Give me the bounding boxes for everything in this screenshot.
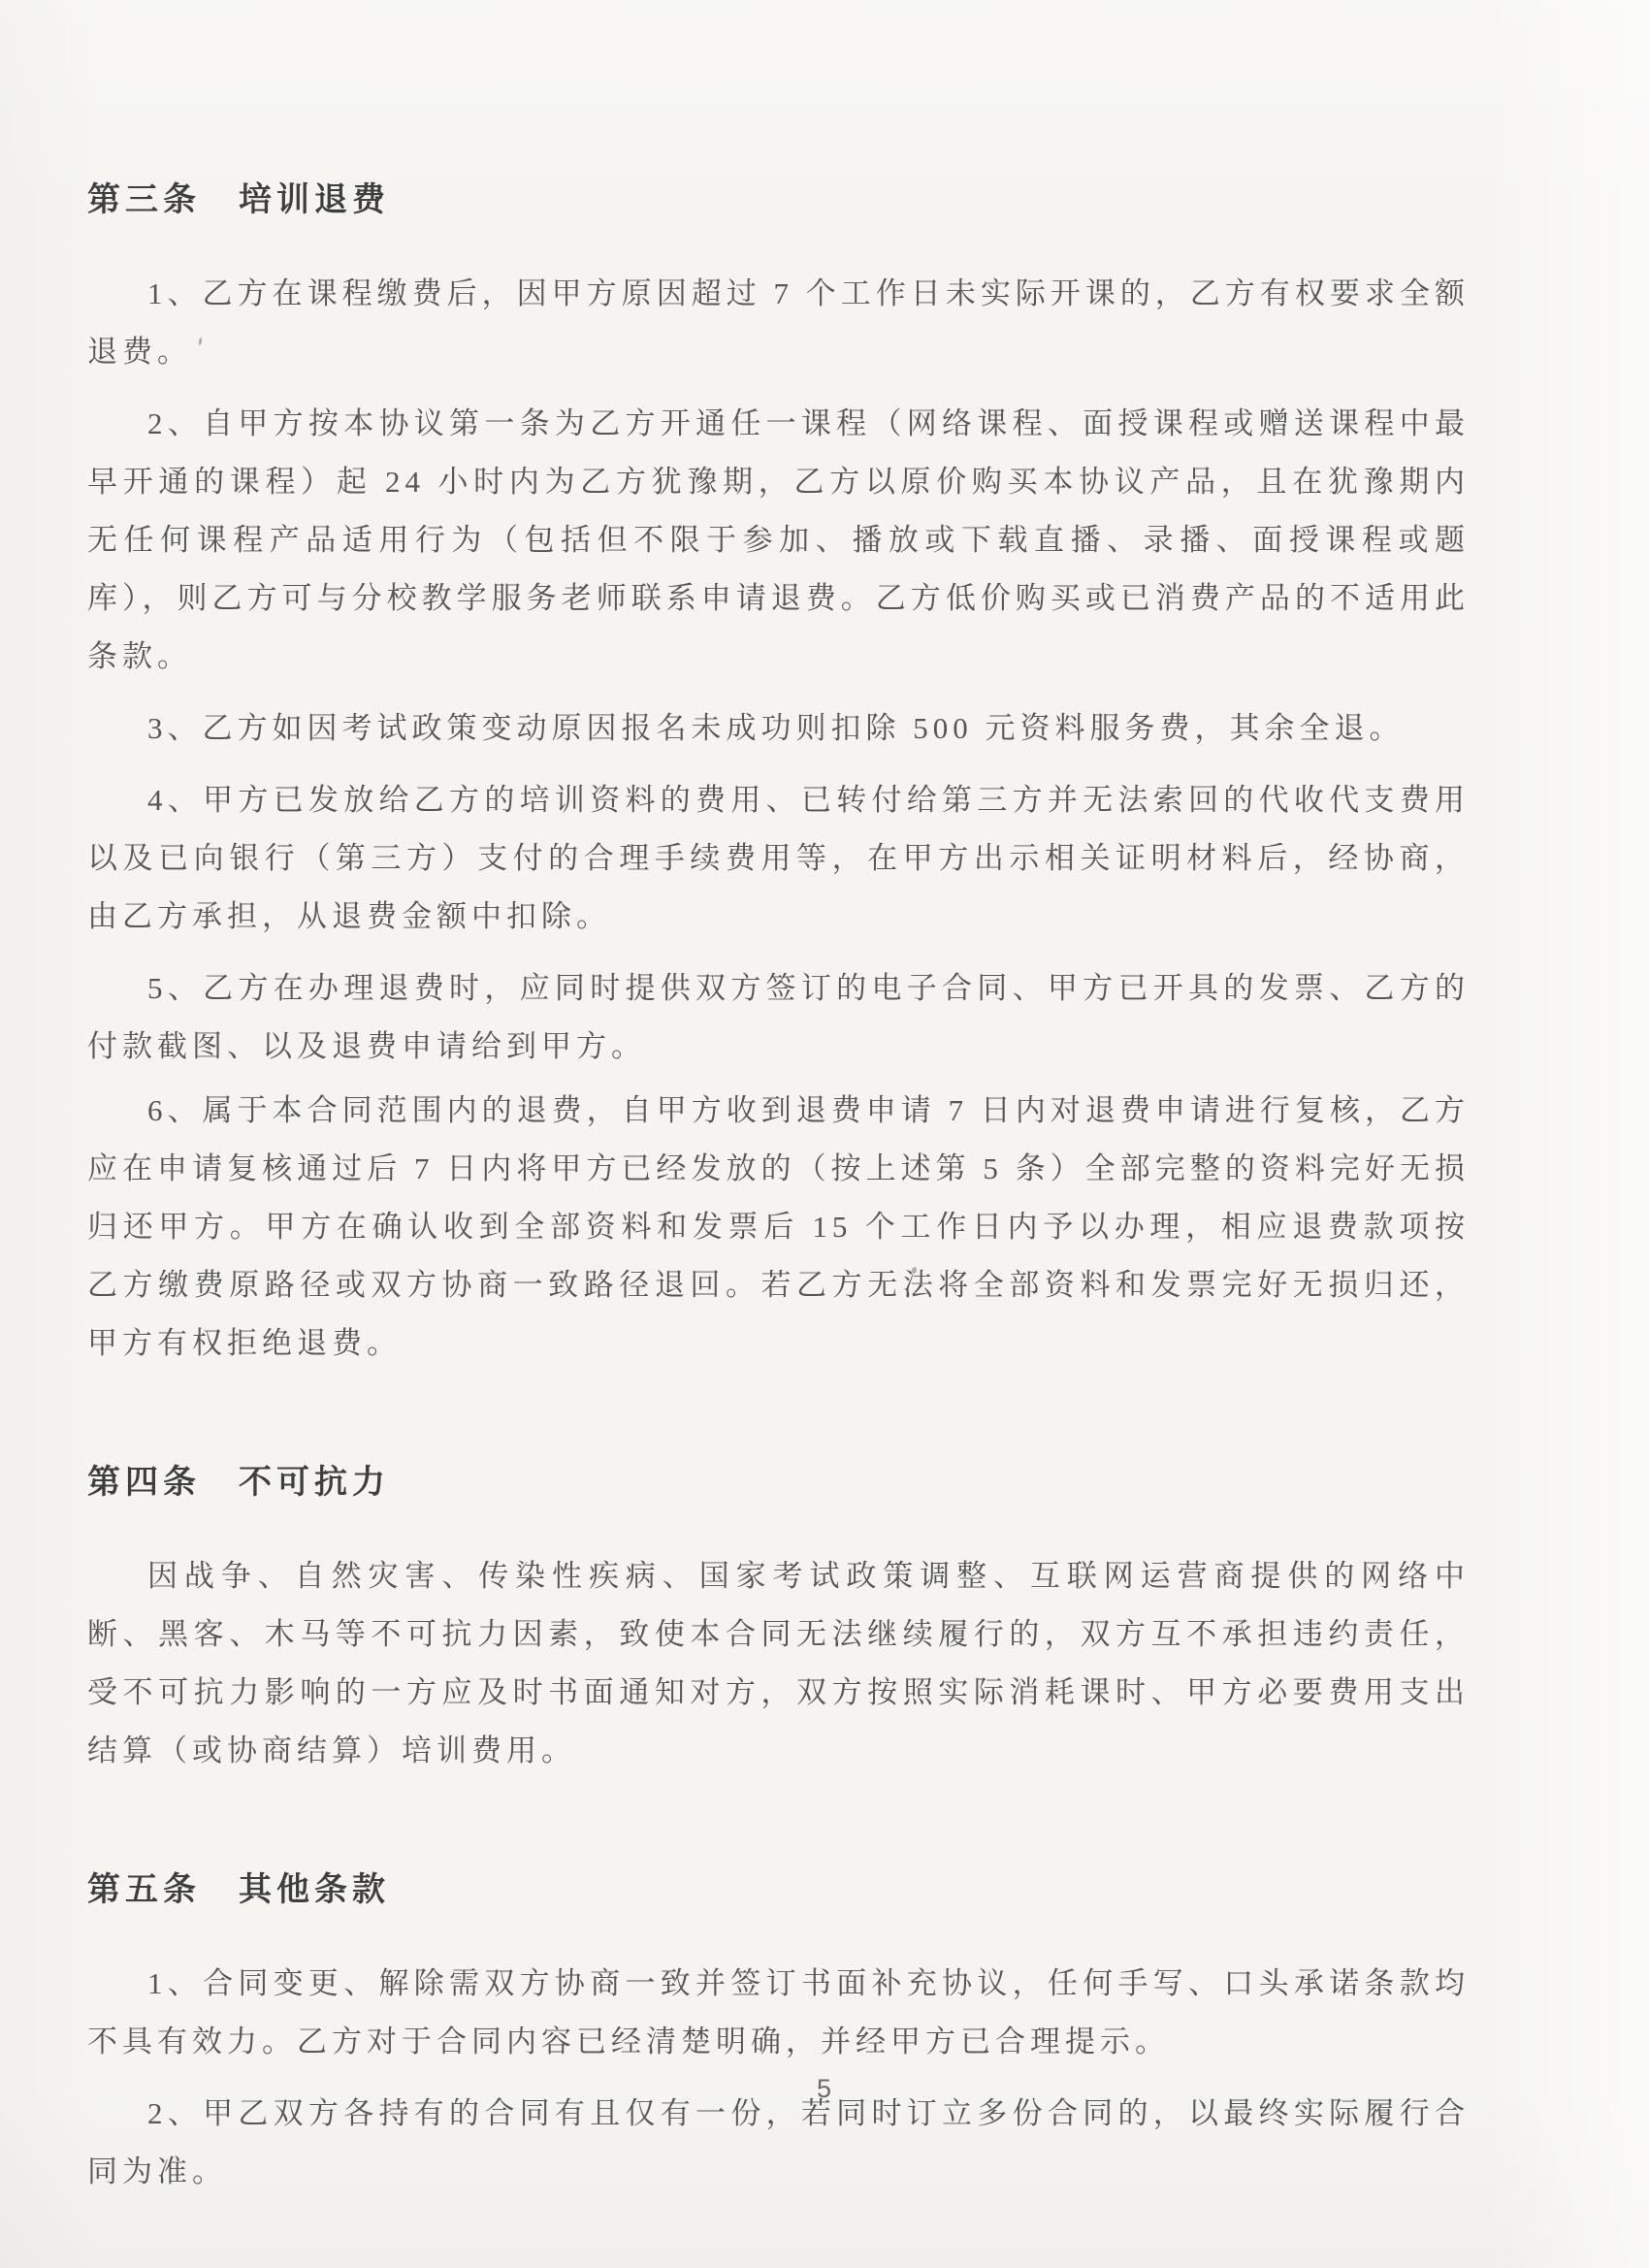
article-3-heading: 第三条 培训退费 (87, 179, 1470, 220)
article-3-clause-1: 1、乙方在课程缴费后，因甲方原因超过 7 个工作日未实际开课的，乙方有权要求全额… (87, 265, 1470, 381)
article-4-body: 因战争、自然灾害、传染性疾病、国家考试政策调整、互联网运营商提供的网络中断、黑客… (87, 1547, 1470, 1780)
page-number: 5 (0, 2074, 1649, 2104)
article-3-clause-6: 6、属于本合同范围内的退费，自甲方收到退费申请 7 日内对退费申请进行复核，乙方… (87, 1082, 1470, 1373)
article-3-clause-2: 2、自甲方按本协议第一条为乙方开通任一课程（网络课程、面授课程或赠送课程中最早开… (87, 395, 1470, 686)
article-4-heading: 第四条 不可抗力 (87, 1462, 1470, 1503)
article-3-clause-5: 5、乙方在办理退费时，应同时提供双方签订的电子合同、甲方已开具的发票、乙方的付款… (87, 959, 1470, 1076)
scanned-contract-page: 第三条 培训退费 1、乙方在课程缴费后，因甲方原因超过 7 个工作日未实际开课的… (0, 0, 1649, 2268)
article-5-clause-1: 1、合同变更、解除需双方协商一致并签订书面补充协议，任何手写、口头承诺条款均不具… (87, 1955, 1470, 2071)
article-5-heading: 第五条 其他条款 (87, 1869, 1470, 1910)
section-article-5: 第五条 其他条款 1、合同变更、解除需双方协商一致并签订书面补充协议，任何手写、… (87, 1869, 1470, 2201)
article-3-clause-3: 3、乙方如因考试政策变动原因报名未成功则扣除 500 元资料服务费，其余全退。 (87, 699, 1470, 758)
section-article-4: 第四条 不可抗力 因战争、自然灾害、传染性疾病、国家考试政策调整、互联网运营商提… (87, 1462, 1470, 1780)
section-article-3: 第三条 培训退费 1、乙方在课程缴费后，因甲方原因超过 7 个工作日未实际开课的… (87, 179, 1470, 1373)
article-3-clause-4: 4、甲方已发放给乙方的培训资料的费用、已转付给第三方并无法索回的代收代支费用以及… (87, 771, 1470, 946)
